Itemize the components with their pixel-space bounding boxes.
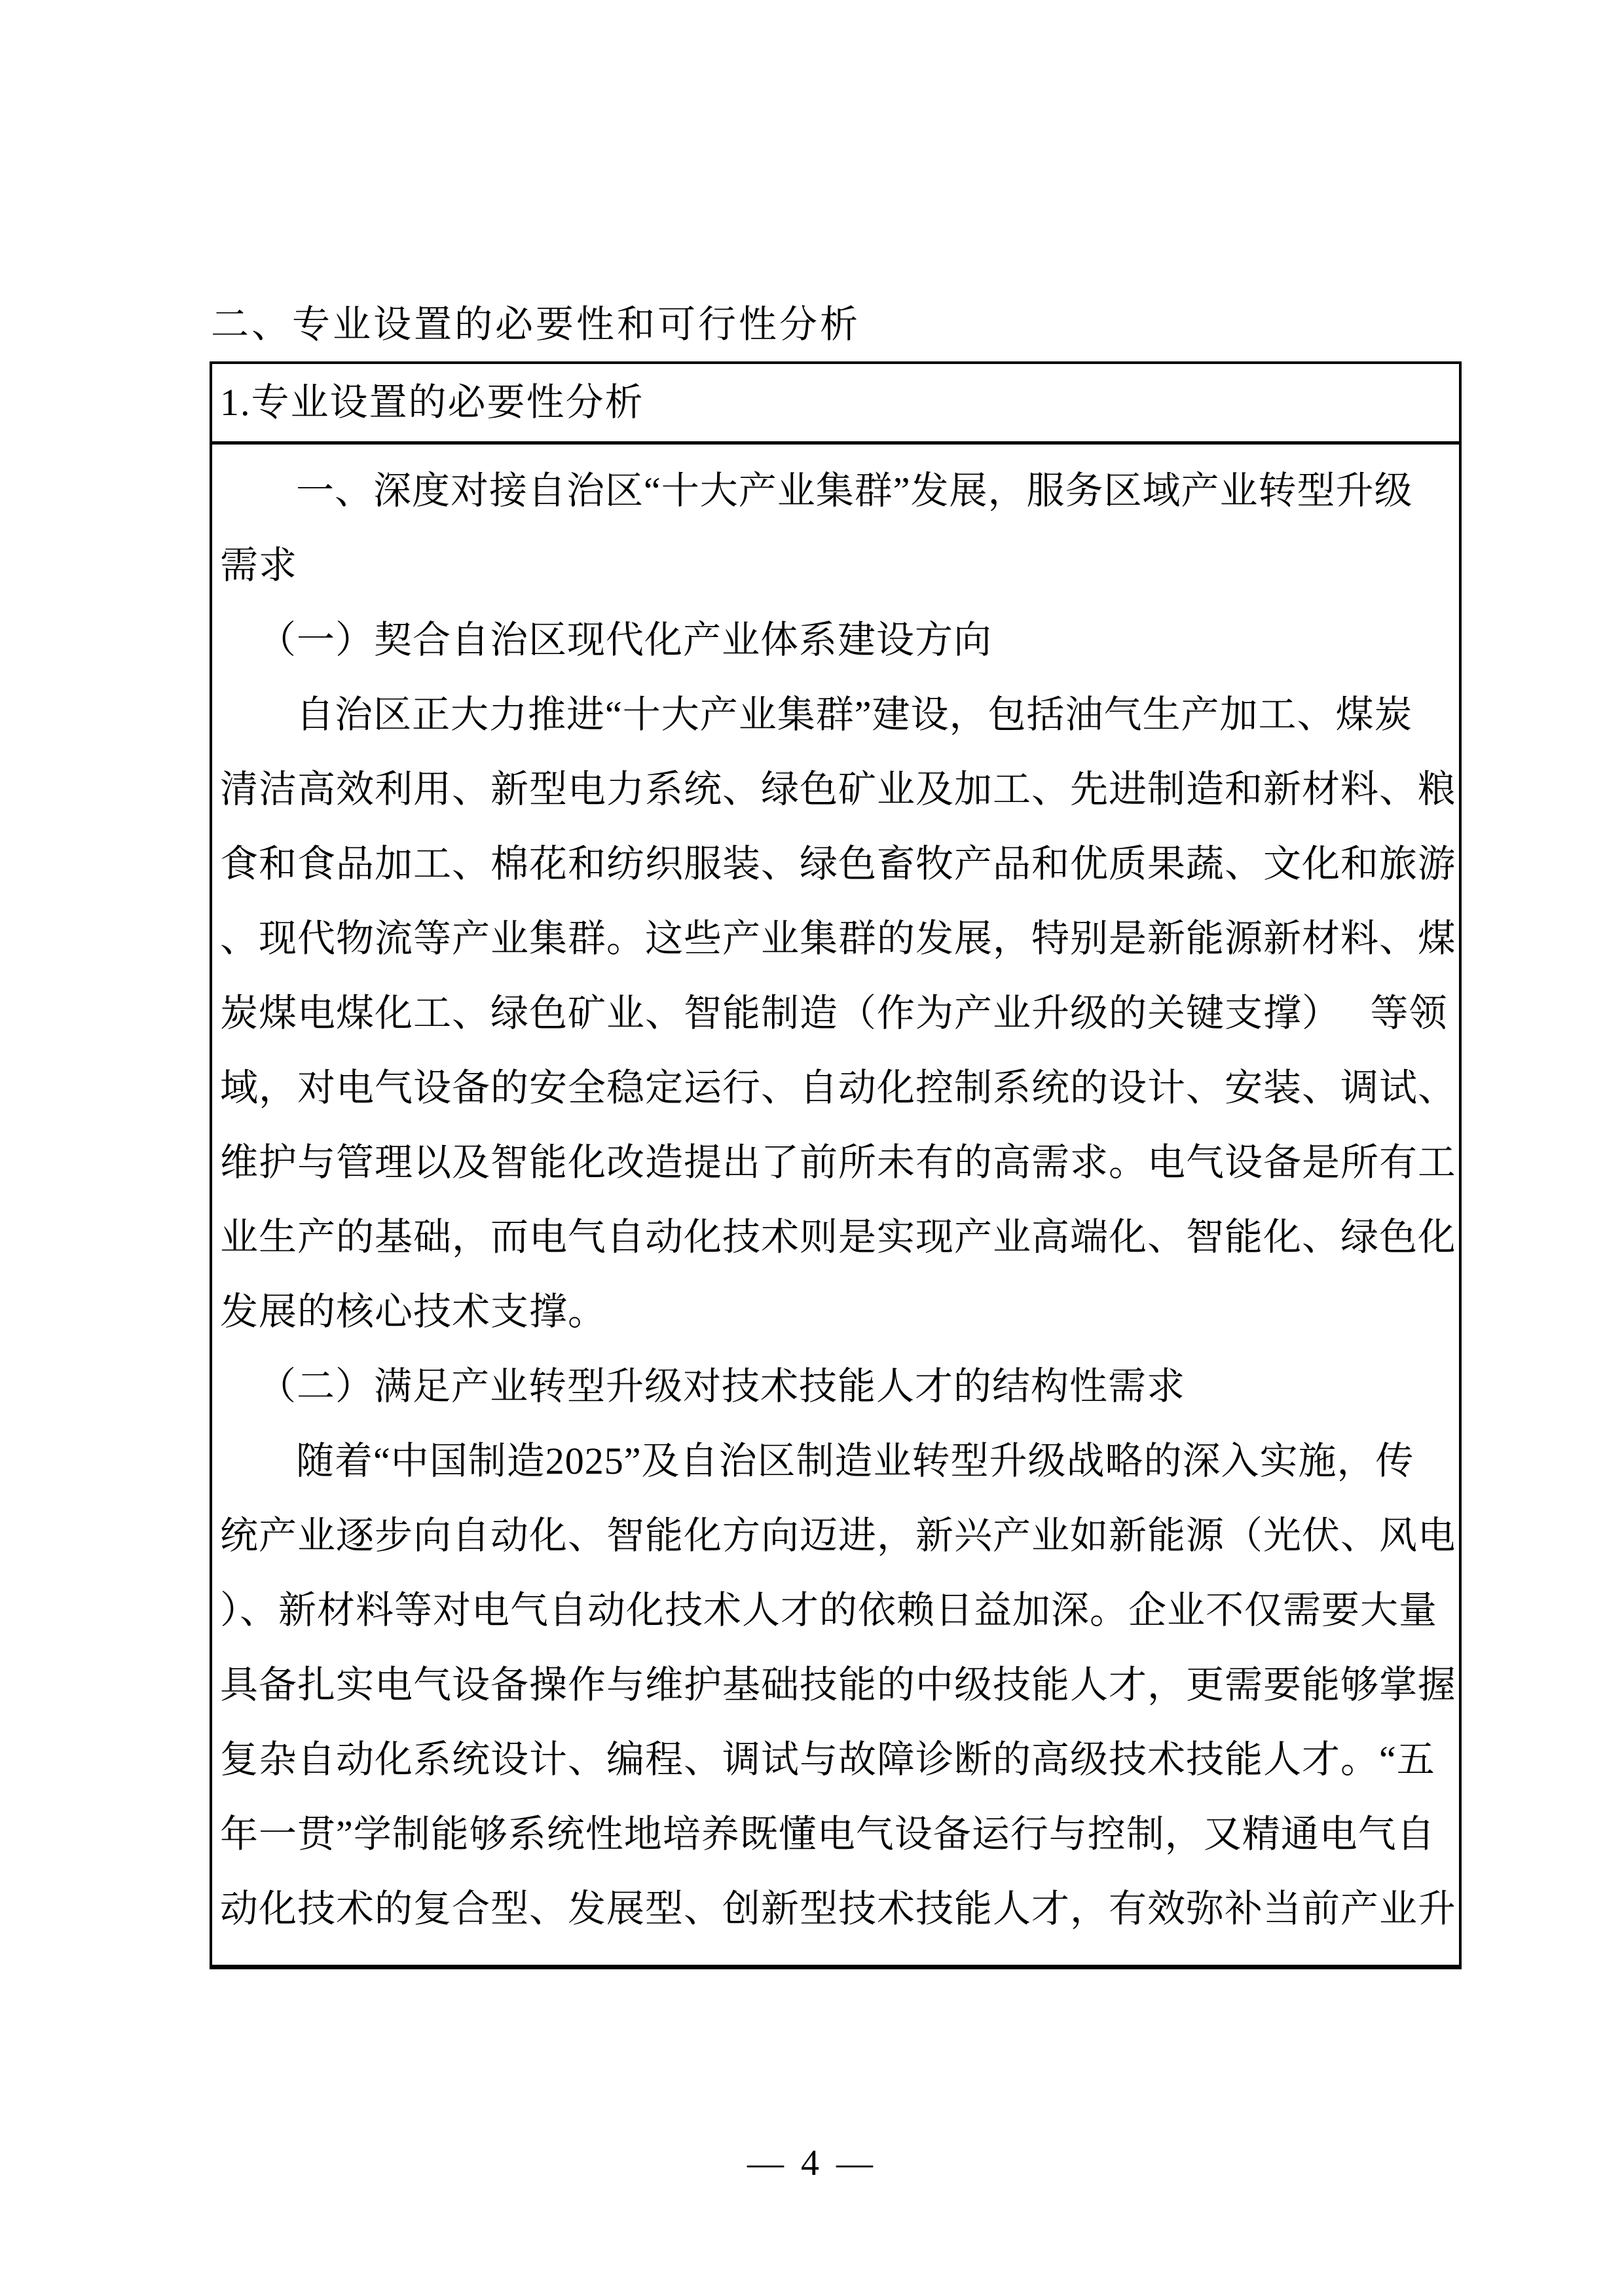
body-text-line: 发展的核心技术支撑。 xyxy=(220,1275,1454,1349)
body-text-line: 清洁高效利用、新型电力系统、绿色矿业及加工、先进制造和新材料、粮 xyxy=(220,752,1454,827)
body-text-line: 一、深度对接自治区“十大产业集群”发展，服务区域产业转型升级 xyxy=(220,454,1454,528)
body-text-line: （一）契合自治区现代化产业体系建设方向 xyxy=(220,603,1454,678)
body-text-line: 随着“中国制造2025”及自治区制造业转型升级战略的深入实施，传 xyxy=(220,1424,1454,1499)
body-text-line: 统产业逐步向自动化、智能化方向迈进，新兴产业如新能源（光伏、风电 xyxy=(220,1499,1454,1573)
page-section-heading: 二、专业设置的必要性和可行性分析 xyxy=(211,293,860,348)
body-text-line: 维护与管理以及智能化改造提出了前所未有的高需求。电气设备是所有工 xyxy=(220,1125,1454,1200)
body-text-line: ）、新材料等对电气自动化技术人才的依赖日益加深。企业不仅需要大量 xyxy=(220,1573,1454,1648)
body-text-line: （二）满足产业转型升级对技术技能人才的结构性需求 xyxy=(220,1349,1454,1424)
body-text-line: 复杂自动化系统设计、编程、调试与故障诊断的高级技术技能人才。“五 xyxy=(220,1722,1454,1797)
body-text-line: 业生产的基础，而电气自动化技术则是实现产业高端化、智能化、绿色化 xyxy=(220,1200,1454,1275)
body-text-line: 动化技术的复合型、发展型、创新型技术技能人才，有效弥补当前产业升 xyxy=(220,1872,1454,1946)
necessity-analysis-form: 1.专业设置的必要性分析 一、深度对接自治区“十大产业集群”发展，服务区域产业转… xyxy=(210,361,1462,1969)
body-text-line: 自治区正大力推进“十大产业集群”建设，包括油气生产加工、煤炭 xyxy=(220,678,1454,752)
body-text-line: 域，对电气设备的安全稳定运行、自动化控制系统的设计、安装、调试、 xyxy=(220,1051,1454,1125)
body-text-line: 具备扎实电气设备操作与维护基础技能的中级技能人才，更需要能够掌握 xyxy=(220,1648,1454,1722)
page-number: — 4 — xyxy=(0,2142,1624,2184)
body-text-line: 食和食品加工、棉花和纺织服装、绿色畜牧产品和优质果蔬、文化和旅游 xyxy=(220,827,1454,902)
form-body: 一、深度对接自治区“十大产业集群”发展，服务区域产业转型升级 需求 （一）契合自… xyxy=(212,445,1459,1965)
body-text-line: 年一贯”学制能够系统性地培养既懂电气设备运行与控制，又精通电气自 xyxy=(220,1797,1454,1872)
form-section-title: 1.专业设置的必要性分析 xyxy=(212,364,1459,445)
body-text-line: 需求 xyxy=(220,528,1454,603)
body-text-line: 、现代物流等产业集群。这些产业集群的发展，特别是新能源新材料、煤 xyxy=(220,902,1454,976)
body-text-line: 炭煤电煤化工、绿色矿业、智能制造（作为产业升级的关键支撑） 等领 xyxy=(220,976,1454,1051)
